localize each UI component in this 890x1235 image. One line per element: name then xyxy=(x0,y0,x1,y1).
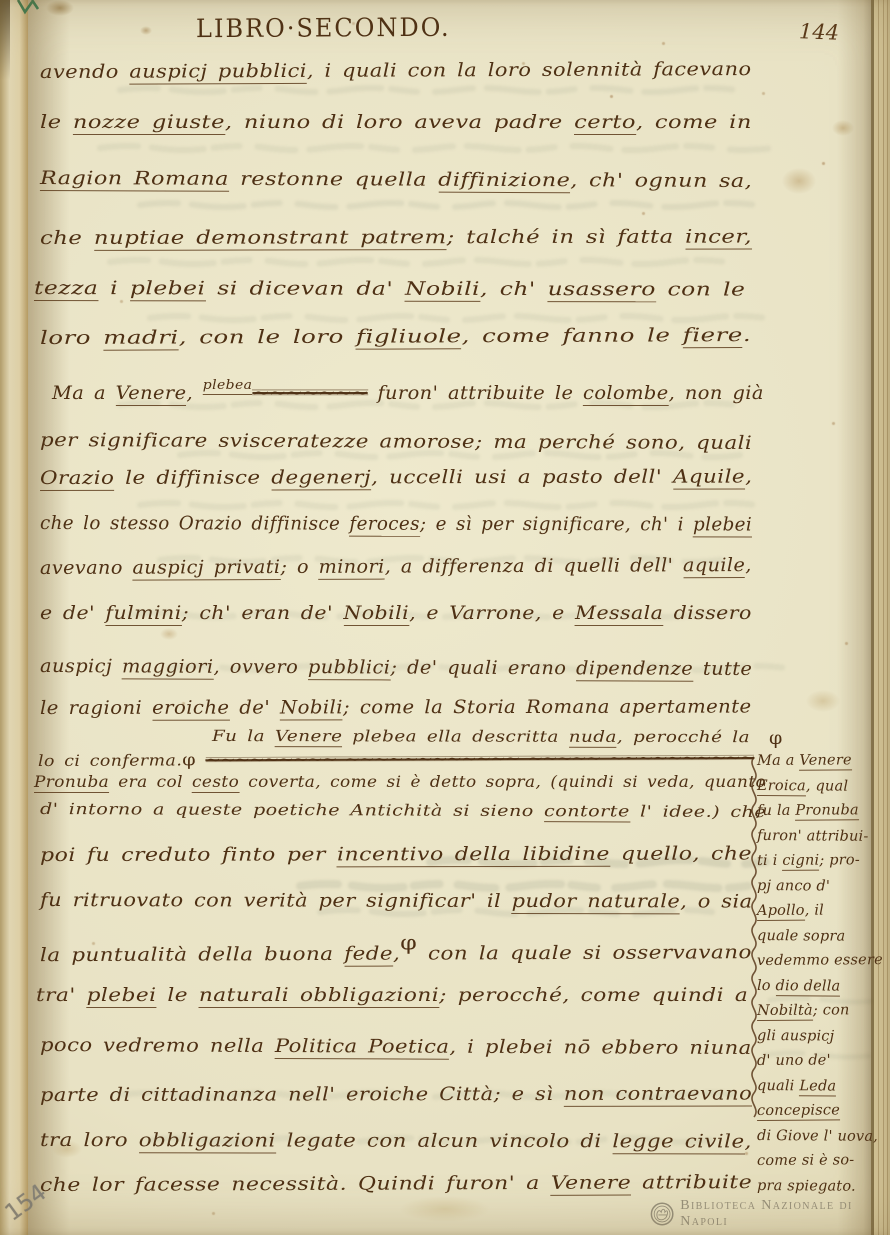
text-segment: eroiche xyxy=(152,698,229,721)
manuscript-page: LIBRO·SECONDO. 144 avendo auspicj pubbli… xyxy=(0,0,890,1235)
text-segment: ; e sì per significare, ch' i xyxy=(420,514,693,536)
margin-note-line: furon' attribui- xyxy=(757,828,869,845)
text-segment: ; o xyxy=(280,557,318,578)
bleed-through-line xyxy=(110,260,726,264)
text-segment: figliuole xyxy=(356,326,462,349)
text-segment: diffinizione xyxy=(438,170,570,194)
text-segment: , o sia xyxy=(680,891,752,912)
text-segment: degenerj xyxy=(271,467,371,490)
text-segment xyxy=(196,751,205,769)
text-segment: aquile xyxy=(683,555,745,578)
text-segment: , con le loro xyxy=(179,327,356,349)
manuscript-line: Ma a Venere, plebea~~~~~~~ furon' attrib… xyxy=(52,380,764,404)
bleed-through-line xyxy=(140,503,756,507)
text-segment: madri xyxy=(103,327,179,350)
bleed-through-line xyxy=(140,203,756,207)
library-name: Biblioteca Nazionale di Napoli xyxy=(680,1198,890,1230)
text-segment: avevano xyxy=(40,558,133,579)
text-segment: tutte xyxy=(693,659,752,680)
foxing-freckles xyxy=(0,0,3,3)
margin-note-line: Nobiltà; con xyxy=(757,1002,850,1019)
manuscript-line: e de' fulmini; ch' eran de' Nobili, e Va… xyxy=(40,603,752,624)
text-segment: incer, xyxy=(685,227,752,250)
text-segment: che lor facesse necessità. Quindi furon'… xyxy=(40,1173,551,1196)
text-segment: , a differenza di quelli dell' xyxy=(385,555,683,577)
text-segment: . xyxy=(743,325,751,346)
manuscript-line: loro madri, con le loro figliuole, come … xyxy=(40,325,751,349)
text-segment: , uccelli usi a pasto dell' xyxy=(371,467,673,489)
text-segment: Apollo xyxy=(757,903,805,921)
text-segment: de' xyxy=(229,697,280,718)
margin-note-line: Ma a Venere xyxy=(757,752,852,769)
text-segment: gli auspicj xyxy=(757,1028,834,1045)
manuscript-line: Orazio le diffinisce degenerj, uccelli u… xyxy=(40,467,752,489)
foxing-spot xyxy=(140,26,152,35)
text-segment: loro xyxy=(40,328,103,349)
margin-note-line: pra spiegato. xyxy=(757,1178,856,1195)
text-segment: coverta, come si è detto sopra, (quindi … xyxy=(239,773,766,791)
text-segment: ti i xyxy=(757,853,782,869)
text-segment: , il xyxy=(805,903,824,919)
text-segment: , e Varrone, e xyxy=(409,603,575,624)
margin-note-line: pj anco d' xyxy=(757,878,830,895)
text-segment: obbligazioni xyxy=(139,1130,276,1153)
manuscript-line: tra loro obbligazioni legate con alcun v… xyxy=(40,1130,752,1152)
text-segment: plebea xyxy=(203,378,253,395)
library-watermark: Biblioteca Nazionale di Napoli xyxy=(650,1198,890,1230)
binding-page-stack-left xyxy=(0,0,28,1235)
text-segment: che lo stesso Orazio diffinisce xyxy=(40,513,349,535)
text-segment: pj anco d' xyxy=(757,878,830,895)
text-segment: i xyxy=(98,278,130,299)
manuscript-line: auspicj maggiori, ovvero pubblici; de' q… xyxy=(40,656,752,680)
text-segment: le xyxy=(157,985,199,1006)
text-segment: ; de' quali erano xyxy=(390,657,576,679)
text-segment: cesto xyxy=(192,773,239,793)
text-segment: non contraevano xyxy=(564,1084,752,1107)
text-segment: quello, che xyxy=(610,844,752,865)
text-segment: , i quali con la loro solennità facevano xyxy=(307,59,752,82)
text-segment: plebei xyxy=(130,278,206,301)
text-segment: per significare svisceratezze amorose; m… xyxy=(40,430,752,454)
manuscript-line: le ragioni eroiche de' Nobili; come la S… xyxy=(40,697,752,719)
text-segment: concepisce xyxy=(757,1102,840,1121)
text-segment: ; con xyxy=(813,1002,850,1018)
text-segment: vedemmo essere xyxy=(757,952,883,969)
text-segment: Nobili xyxy=(343,603,409,626)
text-segment: poi fu creduto finto per xyxy=(40,844,337,866)
text-segment: auspicj xyxy=(40,656,122,677)
margin-note-line: come si è so- xyxy=(757,1152,854,1169)
text-segment: maggiori xyxy=(122,656,213,679)
text-segment: le diffinisce xyxy=(114,468,271,489)
text-segment: Ma a xyxy=(757,753,799,769)
manuscript-line: lo ci conferma.φ ~~~~~~~~~ ~~~~~~~~~~~~ … xyxy=(38,747,755,771)
margin-insertion-mark: φ xyxy=(769,727,782,749)
manuscript-line: poi fu creduto finto per incentivo della… xyxy=(40,844,752,866)
text-segment: fiere xyxy=(683,325,743,348)
text-segment: minori xyxy=(319,557,385,580)
text-segment: tezza xyxy=(34,278,98,301)
manuscript-line: avevano auspicj privati; o minori, a dif… xyxy=(40,555,752,579)
text-segment: poco vedremo nella xyxy=(40,1035,275,1057)
manuscript-line: Fu la Venere plebea ella descritta nuda,… xyxy=(212,727,750,746)
bleed-through-line xyxy=(300,884,748,888)
text-segment: , ch' xyxy=(480,279,548,300)
text-segment: di Giove l' uova, xyxy=(757,1128,878,1145)
margin-note-line: vedemmo essere xyxy=(757,952,883,969)
text-segment: Nobili xyxy=(405,279,480,302)
text-segment: la puntualità della buona xyxy=(40,944,344,966)
text-segment: , ch' ognun sa, xyxy=(570,170,752,192)
text-segment: furon' attribui- xyxy=(757,828,869,845)
bleed-through-line xyxy=(180,453,740,457)
foxing-spot xyxy=(806,690,840,712)
text-segment: furon' attribuite le xyxy=(368,383,583,404)
text-segment: Orazio xyxy=(40,468,114,491)
margin-note-line: Eroica, qual xyxy=(757,778,848,795)
page-stack-right xyxy=(874,0,890,1235)
text-segment: d' uno de' xyxy=(757,1052,831,1069)
text-segment: parte di cittadinanza nell' eroiche Citt… xyxy=(40,1084,564,1106)
text-segment: , come in xyxy=(636,112,752,133)
text-segment: con la quale si osservavano xyxy=(417,942,752,964)
text-segment: colombe xyxy=(583,383,669,406)
text-segment: ; talché in sì fatta xyxy=(447,227,686,248)
text-segment: Nobiltà xyxy=(757,1003,813,1021)
text-segment: certo xyxy=(574,112,636,135)
text-segment: Messala xyxy=(575,603,663,626)
text-segment: pra spiegato. xyxy=(757,1178,856,1195)
text-segment: feroces xyxy=(349,514,420,537)
text-segment: Eroica xyxy=(757,778,806,796)
margin-note-line: gli auspicj xyxy=(757,1028,834,1045)
margin-note-line: ti i cigni; pro- xyxy=(757,852,860,869)
stack-line xyxy=(883,0,884,1235)
text-segment: fulmini xyxy=(105,603,181,626)
text-segment: , i plebei nō ebbero niuna xyxy=(449,1037,751,1059)
text-segment: , perocché la xyxy=(617,728,750,746)
text-segment: naturali obbligazioni xyxy=(199,985,439,1008)
text-segment: pubblici xyxy=(308,657,391,680)
text-segment: Ragion Romana xyxy=(40,168,229,192)
text-segment: e de' xyxy=(40,603,105,624)
cover-edge-corner xyxy=(0,0,10,80)
foxing-spot xyxy=(400,1196,490,1222)
manuscript-line: Pronuba era col cesto coverta, come si è… xyxy=(34,773,766,791)
text-segment: plebei xyxy=(87,985,157,1008)
manuscript-line: poco vedremo nella Politica Poetica, i p… xyxy=(40,1035,752,1059)
text-segment: ; come la Storia Romana apertamente xyxy=(343,697,752,719)
text-segment: plebei xyxy=(693,514,752,537)
text-segment: nuda xyxy=(569,728,617,748)
text-segment: lo ci conferma. xyxy=(38,751,182,770)
page-title: LIBRO·SECONDO. xyxy=(196,12,451,43)
text-segment: cigni xyxy=(782,853,819,871)
text-segment: quali xyxy=(757,1078,799,1094)
text-segment: le ragioni xyxy=(40,698,152,719)
text-segment: plebea ella descritta xyxy=(342,727,568,745)
margin-note-line: di Giove l' uova, xyxy=(757,1128,878,1145)
text-segment: Pronuba xyxy=(34,773,109,793)
text-segment: era col xyxy=(109,773,192,791)
text-segment: , niuno di loro aveva padre xyxy=(225,112,574,133)
bleed-through-line xyxy=(120,88,736,92)
text-segment: , xyxy=(745,555,752,576)
foxing-spot xyxy=(160,628,178,640)
text-segment: , ovvero xyxy=(213,657,308,678)
text-segment: Venere xyxy=(275,727,343,747)
text-segment: che xyxy=(40,228,94,249)
margin-note-line: d' uno de' xyxy=(757,1052,831,1069)
text-segment: , come fanno le xyxy=(462,325,683,347)
text-segment: Leda xyxy=(799,1078,836,1096)
struck-out-text: ~~~~~~~~~ ~~~~~~~~~~~~ ~~~~~ ~~~~~~~~~~ xyxy=(205,747,754,769)
text-segment: le xyxy=(40,112,73,133)
manuscript-line: d' intorno a queste poetiche Antichità s… xyxy=(40,800,766,821)
text-segment: Politica Poetica xyxy=(275,1036,450,1060)
text-segment: , qual xyxy=(806,778,848,794)
insertion-mark: φ xyxy=(400,930,417,954)
manuscript-line: tezza i plebei si dicevan da' Nobili, ch… xyxy=(34,278,745,300)
manuscript-line: per significare svisceratezze amorose; m… xyxy=(40,430,752,454)
text-segment: tra loro xyxy=(40,1130,139,1151)
text-segment: , xyxy=(745,1131,752,1152)
manuscript-line: le nozze giuste, niuno di loro aveva pad… xyxy=(40,112,752,133)
margin-note-line: fu la Pronuba xyxy=(757,802,859,819)
foxing-spot xyxy=(782,168,816,194)
text-segment: fu ritruovato con verità per significar'… xyxy=(40,890,512,912)
text-segment: Ma a xyxy=(52,383,116,404)
text-segment: dissero xyxy=(663,603,751,624)
bleed-through-line xyxy=(100,146,772,150)
margin-note-line: Apollo, il xyxy=(757,903,824,919)
text-segment: Aquile xyxy=(673,467,745,490)
manuscript-line: Ragion Romana restonne quella diffinizio… xyxy=(40,168,752,192)
text-segment: , xyxy=(186,383,202,404)
manuscript-line: che lor facesse necessità. Quindi furon'… xyxy=(40,1172,752,1196)
text-segment: Nobili xyxy=(280,697,343,720)
text-segment: nuptiae demonstrant patrem xyxy=(94,227,447,251)
margin-note-line: lo dio della xyxy=(757,978,841,995)
manuscript-line: che nuptiae demonstrant patrem; talché i… xyxy=(40,227,752,249)
text-segment: nozze giuste xyxy=(73,112,225,135)
insertion-mark: φ xyxy=(182,750,196,770)
text-segment: con le xyxy=(656,279,746,300)
text-segment: ; perocché, come quindi a xyxy=(439,985,748,1006)
text-segment: ; pro- xyxy=(819,852,860,868)
margin-note-line: quali Leda xyxy=(757,1078,836,1095)
margin-note-line: concepisce xyxy=(757,1102,840,1119)
text-segment: incentivo della libidine xyxy=(337,844,610,868)
text-segment: quale sopra xyxy=(757,928,845,945)
text-segment: Fu la xyxy=(212,727,275,745)
text-segment: lo xyxy=(757,978,776,994)
folio-number: 144 xyxy=(799,19,840,44)
struck-out-text: ~~~~~~~ xyxy=(252,380,367,404)
text-segment: auspicj privati xyxy=(132,557,280,581)
manuscript-line: avendo auspicj pubblici, i quali con la … xyxy=(40,59,752,83)
text-segment: attribuite xyxy=(631,1172,752,1194)
manuscript-line: fu ritruovato con verità per significar'… xyxy=(40,890,753,912)
text-segment: Venere xyxy=(551,1173,631,1196)
manuscript-line: tra' plebei le naturali obbligazioni; pe… xyxy=(36,985,748,1006)
text-segment: contorte xyxy=(544,802,630,822)
text-segment: pudor naturale xyxy=(512,891,681,914)
text-segment: legge civile xyxy=(612,1131,744,1154)
text-segment: fu la xyxy=(757,803,796,819)
text-segment: d' intorno a queste poetiche Antichità s… xyxy=(40,800,544,820)
manuscript-line: che lo stesso Orazio diffinisce feroces;… xyxy=(40,513,752,535)
stack-line xyxy=(878,0,879,1235)
text-segment: Pronuba xyxy=(795,802,859,820)
text-segment: Venere xyxy=(799,752,851,770)
text-segment: Venere xyxy=(116,383,187,406)
text-segment: tra' xyxy=(36,985,87,1006)
text-segment: come si è so- xyxy=(757,1152,854,1169)
margin-note-line: quale sopra xyxy=(757,928,845,945)
manuscript-line: la puntualità della buona fede,φ con la … xyxy=(40,932,752,966)
library-seal-icon xyxy=(650,1201,674,1227)
manuscript-line: parte di cittadinanza nell' eroiche Citt… xyxy=(40,1084,752,1106)
stack-line xyxy=(887,0,888,1235)
text-segment: ; ch' eran de' xyxy=(182,603,344,624)
text-segment: legate con alcun vincolo di xyxy=(276,1130,613,1152)
text-segment: l' idee.) che xyxy=(630,802,766,821)
text-segment: auspicj pubblici xyxy=(129,61,307,85)
text-segment: avendo xyxy=(40,62,129,83)
text-segment: usassero xyxy=(548,279,656,302)
text-segment: dio della xyxy=(776,978,841,996)
page-edge-right xyxy=(838,0,874,1235)
text-segment: , non già xyxy=(669,383,764,404)
text-segment: , xyxy=(745,467,752,488)
text-segment: si dicevan da' xyxy=(205,278,405,299)
text-segment: fede xyxy=(344,944,393,967)
text-segment: restonne quella xyxy=(229,169,438,191)
text-segment: dipendenze xyxy=(576,658,693,681)
bleed-through-line xyxy=(150,316,766,320)
